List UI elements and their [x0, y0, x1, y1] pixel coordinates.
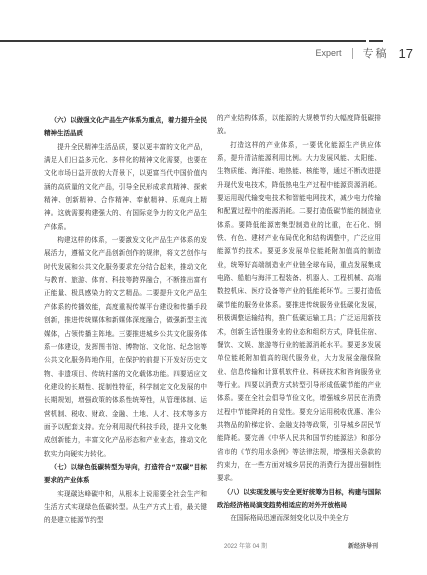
section-heading-8: （八）以实现发展与安全更好统筹为目标，构建与国际政治经济格局演变趋势相适应的对外…: [217, 486, 381, 513]
page-number: 17: [399, 46, 413, 61]
header-rule-accent: [369, 40, 383, 42]
paragraph: 提升全民精神生活品质，要以更丰富的文化产品，满足人们日益多元化、多样化的精神文化…: [44, 141, 207, 234]
paragraph: 打造这样的产业体系，一要优化能源生产供应体系，提升清洁能源利用比例。大力发展风能…: [217, 139, 381, 486]
section-label-en: Expert: [316, 48, 342, 58]
header-divider: [352, 48, 353, 59]
section-heading-6: （六）以做强文化产品生产体系为重点，着力提升全民精神生活品质: [44, 114, 207, 141]
page-footer: 2022 年第 04 期 新经济导刊: [0, 541, 427, 555]
issue-number: 2022 年第 04 期: [224, 541, 267, 550]
paragraph-continued: 的产业结构体系，以能源的大规模节约大幅度降低碳排放。: [217, 112, 381, 139]
paragraph: 构建这样的体系，一要激发文化产品生产体系的发展活力，遵循文化产品创新创作的规律，…: [44, 234, 207, 461]
left-column: （六）以做强文化产品生产体系为重点，着力提升全民精神生活品质 提升全民精神生活品…: [44, 114, 207, 528]
header-rule: [0, 40, 366, 42]
section-label-cn: 专稿: [363, 45, 389, 61]
running-header: Expert 专稿 17: [316, 44, 413, 62]
section-heading-7: （七）以绿色低碳转型为导向，打造符合“双碳”目标要求的产业体系: [44, 461, 207, 488]
paragraph: 在国际格局迅速而深刻变化以及中美全方: [217, 512, 381, 525]
journal-name: 新经济导刊: [348, 541, 378, 550]
paragraph: 实现碳达峰碳中和，从根本上说需要全社会生产和生活方式实现绿色低碳转型。从生产方式…: [44, 488, 207, 528]
right-column: 的产业结构体系，以能源的大规模节约大幅度降低碳排放。 打造这样的产业体系，一要优…: [217, 112, 381, 526]
